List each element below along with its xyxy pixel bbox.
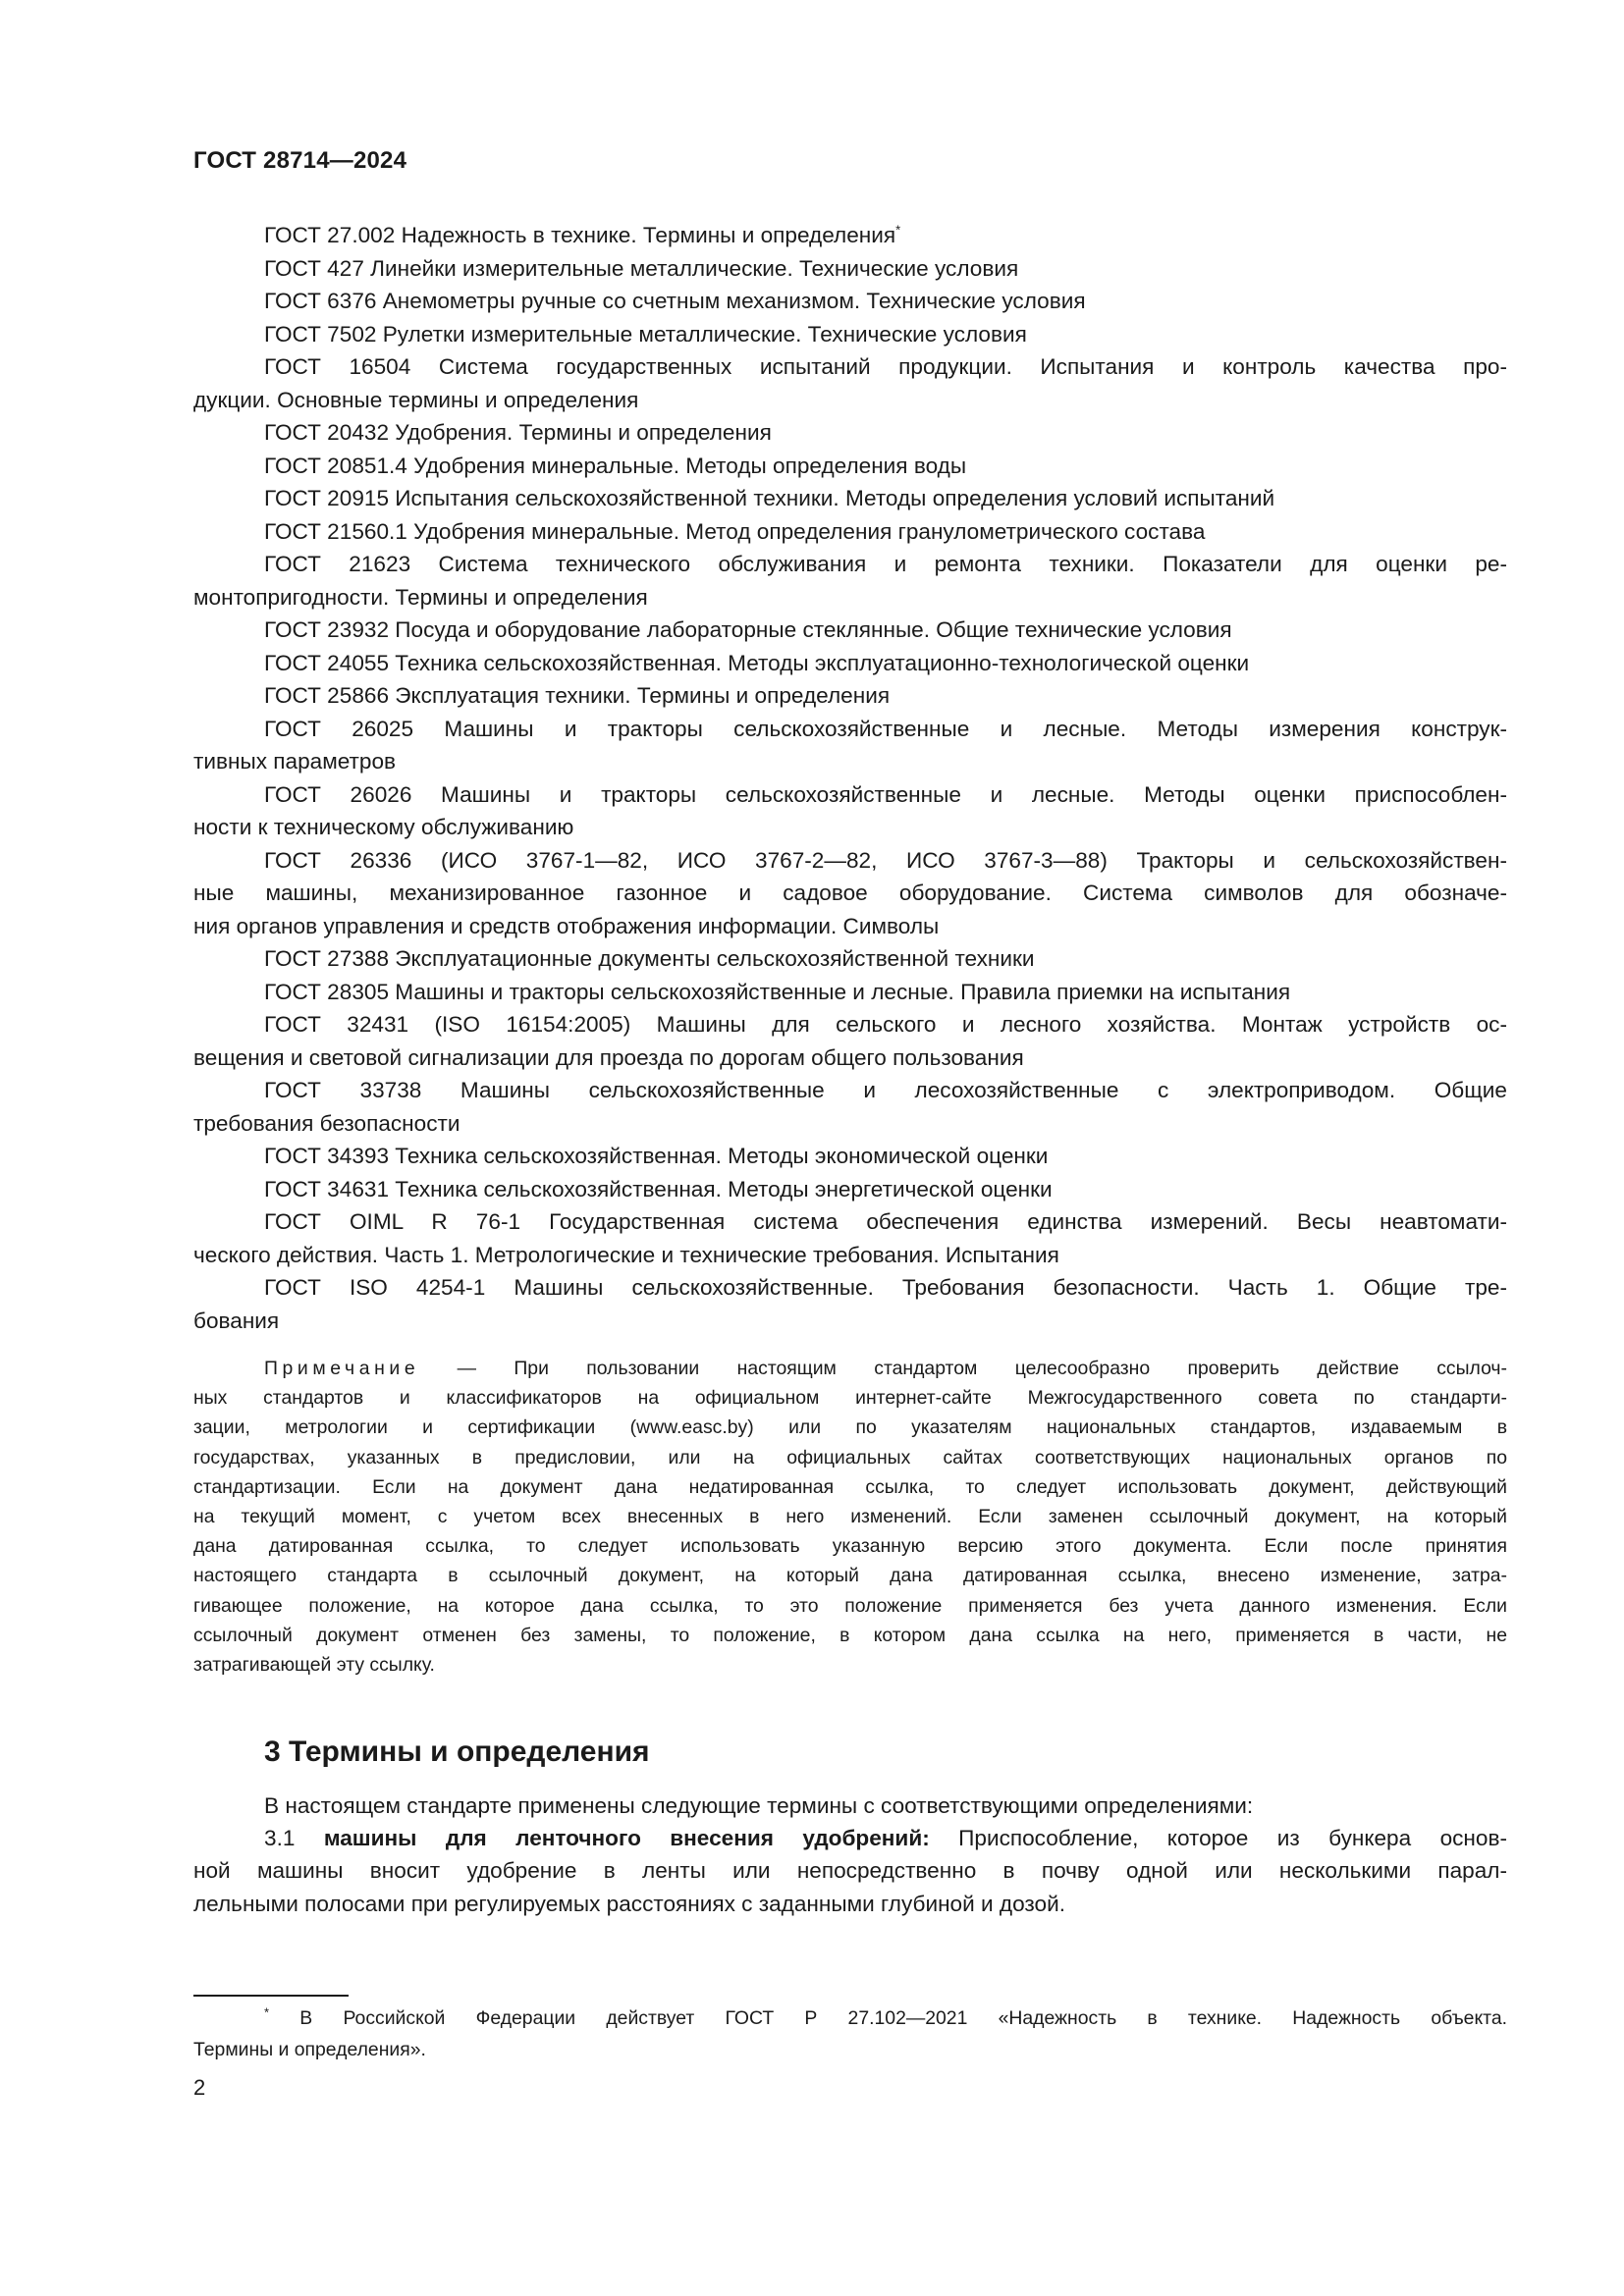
note-label: Примечание bbox=[264, 1358, 419, 1379]
note-line: на текущий момент, с учетом всех внесенн… bbox=[193, 1505, 1507, 1528]
reference-item: ГОСТ 21623 Система технического обслужив… bbox=[264, 551, 1507, 578]
reference-item: ГОСТ 26025 Машины и тракторы сельскохозя… bbox=[264, 716, 1507, 743]
reference-item: ГОСТ 26026 Машины и тракторы сельскохозя… bbox=[264, 781, 1507, 809]
reference-item: ГОСТ 7502 Рулетки измерительные металлич… bbox=[264, 321, 1507, 348]
note-line: Примечание — При пользовании настоящим с… bbox=[264, 1357, 1507, 1380]
section-intro: В настоящем стандарте применены следующи… bbox=[264, 1792, 1507, 1820]
section-heading: 3 Термины и определения bbox=[264, 1735, 650, 1769]
note-line: государствах, указанных в предисловии, и… bbox=[193, 1446, 1507, 1469]
term-3-1-line: 3.1 машины для ленточного внесения удобр… bbox=[264, 1825, 1507, 1852]
note-line: зации, метрологии и сертификации (www.ea… bbox=[193, 1415, 1507, 1439]
footnote-marker: * bbox=[264, 2005, 269, 2020]
note-line: гивающее положение, на которое дана ссыл… bbox=[193, 1594, 1507, 1618]
reference-item: ГОСТ 34393 Техника сельскохозяйственная.… bbox=[264, 1143, 1507, 1170]
note-line: настоящего стандарта в ссылочный докумен… bbox=[193, 1564, 1507, 1587]
reference-item: ГОСТ 16504 Система государственных испыт… bbox=[264, 353, 1507, 381]
reference-item-continuation: ные машины, механизированное газонное и … bbox=[193, 880, 1507, 907]
reference-item: ГОСТ 28305 Машины и тракторы сельскохозя… bbox=[264, 979, 1507, 1006]
note-line: дана датированная ссылка, то следует исп… bbox=[193, 1534, 1507, 1558]
page-number: 2 bbox=[193, 2075, 205, 2101]
reference-item-continuation: ческого действия. Часть 1. Метрологическ… bbox=[193, 1242, 1507, 1269]
reference-item-continuation: требования безопасности bbox=[193, 1110, 1507, 1138]
reference-item: ГОСТ 25866 Эксплуатация техники. Термины… bbox=[264, 682, 1507, 710]
reference-item: ГОСТ 27.002 Надежность в технике. Термин… bbox=[264, 222, 1507, 249]
reference-item: ГОСТ 24055 Техника сельскохозяйственная.… bbox=[264, 650, 1507, 677]
term-number: 3.1 bbox=[264, 1826, 295, 1850]
note-line: ных стандартов и классификаторов на офиц… bbox=[193, 1386, 1507, 1410]
term-definition-line: ной машины вносит удобрение в ленты или … bbox=[193, 1857, 1507, 1885]
reference-item: ГОСТ 6376 Анемометры ручные со счетным м… bbox=[264, 288, 1507, 315]
reference-item: ГОСТ 20432 Удобрения. Термины и определе… bbox=[264, 419, 1507, 447]
reference-item-continuation: ности к техническому обслуживанию bbox=[193, 814, 1507, 841]
term-name: машины для ленточного внесения удобрений… bbox=[324, 1826, 930, 1850]
reference-item-continuation: монтопригодности. Термины и определения bbox=[193, 584, 1507, 612]
reference-item: ГОСТ 27388 Эксплуатационные документы се… bbox=[264, 945, 1507, 973]
reference-item: ГОСТ 20851.4 Удобрения минеральные. Мето… bbox=[264, 453, 1507, 480]
reference-item: ГОСТ 32431 (ISO 16154:2005) Машины для с… bbox=[264, 1011, 1507, 1039]
reference-item-continuation: ния органов управления и средств отображ… bbox=[193, 913, 1507, 940]
term-definition-start: Приспособление, которое из бункера основ… bbox=[958, 1826, 1507, 1850]
footnote-marker: * bbox=[895, 222, 900, 237]
reference-item: ГОСТ OIML R 76-1 Государственная система… bbox=[264, 1208, 1507, 1236]
footnote-line: * В Российской Федерации действует ГОСТ … bbox=[264, 2006, 1507, 2030]
reference-item: ГОСТ 21560.1 Удобрения минеральные. Мето… bbox=[264, 518, 1507, 546]
footnote-line: Термины и определения». bbox=[193, 2038, 1507, 2061]
footnote-separator bbox=[193, 1995, 349, 1997]
reference-item: ГОСТ ISO 4254-1 Машины сельскохозяйствен… bbox=[264, 1274, 1507, 1302]
term-definition-line: лельными полосами при регулируемых расст… bbox=[193, 1891, 1507, 1918]
note-line: стандартизации. Если на документ дана не… bbox=[193, 1475, 1507, 1499]
reference-item: ГОСТ 427 Линейки измерительные металличе… bbox=[264, 255, 1507, 283]
reference-item-continuation: тивных параметров bbox=[193, 748, 1507, 775]
reference-item: ГОСТ 33738 Машины сельскохозяйственные и… bbox=[264, 1077, 1507, 1104]
note-line: ссылочный документ отменен без замены, т… bbox=[193, 1624, 1507, 1647]
note-line: затрагивающей эту ссылку. bbox=[193, 1653, 1507, 1677]
reference-item: ГОСТ 23932 Посуда и оборудование лаборат… bbox=[264, 616, 1507, 644]
document-header-id: ГОСТ 28714—2024 bbox=[193, 147, 406, 175]
reference-item: ГОСТ 20915 Испытания сельскохозяйственно… bbox=[264, 485, 1507, 512]
reference-item-continuation: бования bbox=[193, 1308, 1507, 1335]
reference-item-continuation: дукции. Основные термины и определения bbox=[193, 387, 1507, 414]
reference-item: ГОСТ 26336 (ИСО 3767-1—82, ИСО 3767-2—82… bbox=[264, 847, 1507, 875]
reference-item-continuation: вещения и световой сигнализации для прое… bbox=[193, 1044, 1507, 1072]
document-page: ГОСТ 28714—2024 ГОСТ 27.002 Надежность в… bbox=[0, 0, 1624, 2296]
reference-item: ГОСТ 34631 Техника сельскохозяйственная.… bbox=[264, 1176, 1507, 1203]
